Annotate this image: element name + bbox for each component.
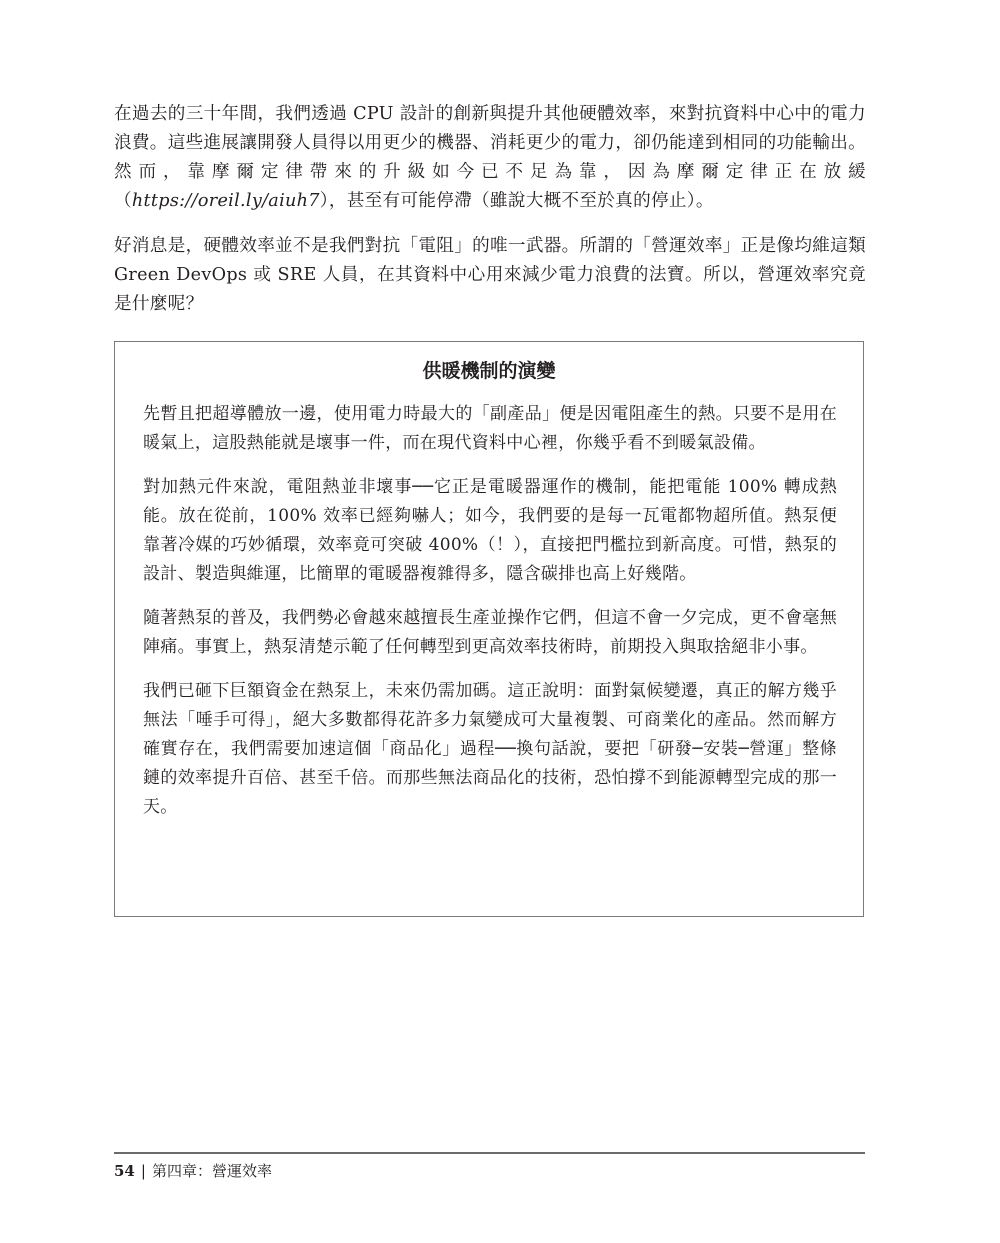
sidebar-paragraph: 隨著熱泵的普及，我們勢必會越來越擅長生產並操作它們，但這不會一夕完成，更不會毫無… (143, 604, 837, 662)
paragraph-text: ），甚至有可能停滯（雖說大概不至於真的停止）。 (320, 191, 714, 211)
sidebar-box: 供暖機制的演變 先暫且把超導體放一邊，使用電力時最大的「副產品」便是因電阻產生的… (114, 341, 864, 917)
sidebar-paragraph: 我們已砸下巨額資金在熱泵上，未來仍需加碼。這正說明：面對氣候變遷，真正的解方幾乎… (143, 677, 837, 822)
page-footer: 54|第四章：營運效率 (114, 1160, 272, 1182)
main-text: 在過去的三十年間，我們透過 CPU 設計的創新與提升其他硬體效率，來對抗資料中心… (114, 100, 866, 335)
body-paragraph: 好消息是，硬體效率並不是我們對抗「電阻」的唯一武器。所謂的「營運效率」正是像均維… (114, 232, 866, 319)
chapter-title: 第四章：營運效率 (152, 1162, 272, 1180)
footer-separator: | (141, 1162, 146, 1180)
sidebar-title: 供暖機制的演變 (115, 358, 863, 384)
sidebar-paragraph: 對加熱元件來說，電阻熱並非壞事──它正是電暖器運作的機制，能把電能 100% 轉… (143, 473, 837, 589)
reference-link[interactable]: https://oreil.ly/aiuh7 (132, 191, 320, 211)
body-paragraph: 在過去的三十年間，我們透過 CPU 設計的創新與提升其他硬體效率，來對抗資料中心… (114, 100, 866, 216)
sidebar-body: 先暫且把超導體放一邊，使用電力時最大的「副產品」便是因電阻產生的熱。只要不是用在… (143, 400, 837, 837)
footer-divider (114, 1152, 865, 1154)
page-number: 54 (114, 1162, 135, 1180)
sidebar-paragraph: 先暫且把超導體放一邊，使用電力時最大的「副產品」便是因電阻產生的熱。只要不是用在… (143, 400, 837, 458)
